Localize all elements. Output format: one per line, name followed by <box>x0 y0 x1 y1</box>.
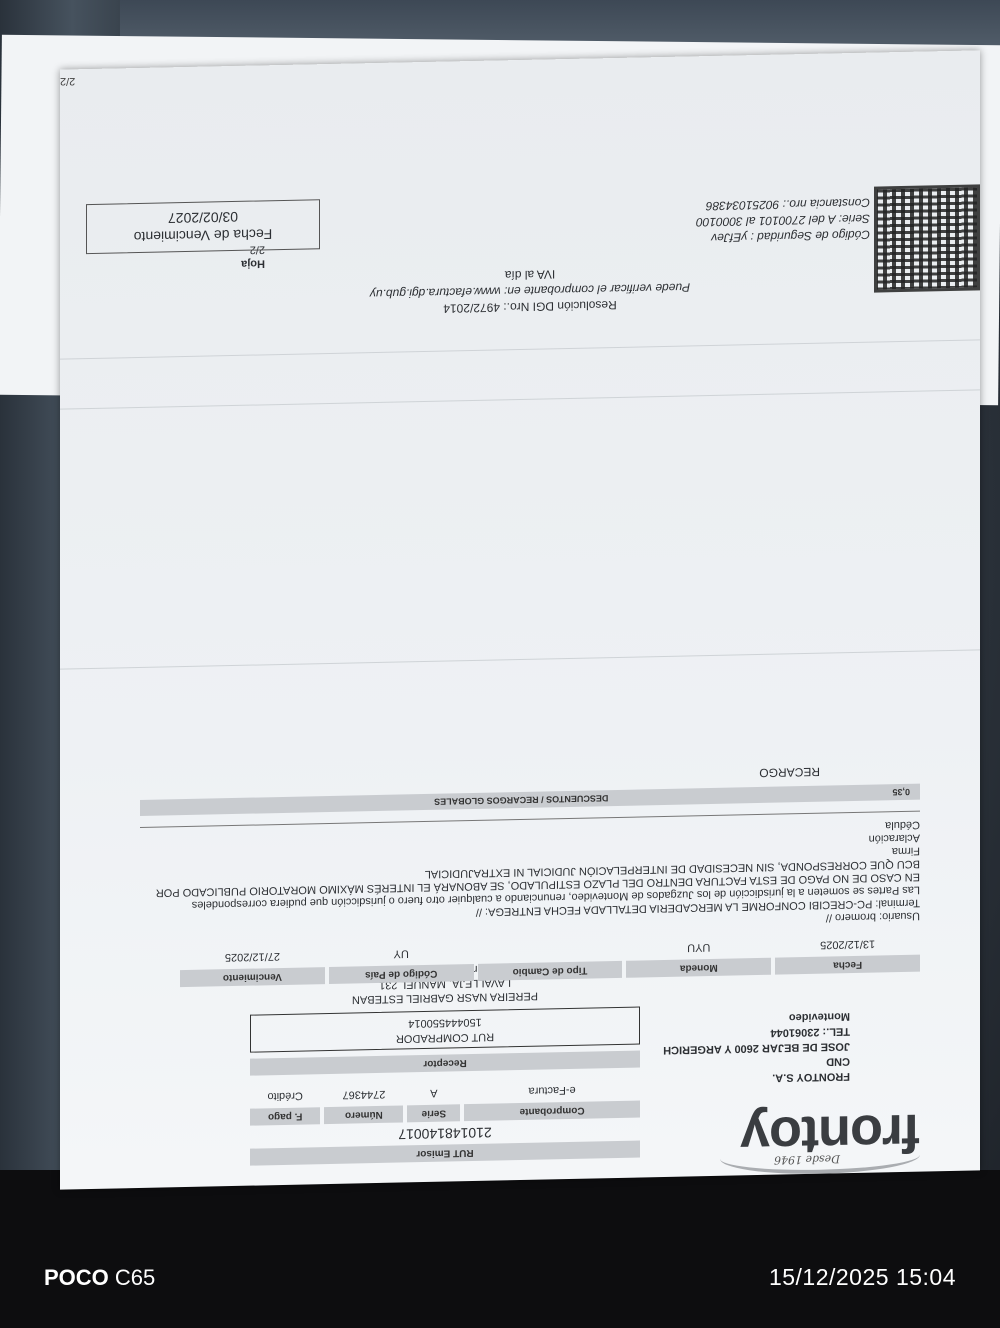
descuentos-amount: 0,35 <box>892 787 910 797</box>
emisor-block: FRONTOY S.A. CND JOSE DE BEJAR 2600 Y AR… <box>650 1008 850 1087</box>
background-dark <box>0 1170 1000 1328</box>
value-numero: 2744367 <box>324 1085 403 1103</box>
constancia-block: Código de Seguridad : yEfJev Serie: A de… <box>520 195 870 250</box>
header-tipo-cambio: Tipo de Cambio <box>478 961 623 981</box>
value-comprobante: e-Factura <box>464 1080 640 1100</box>
value-vencimiento: 27/12/2025 <box>180 947 325 966</box>
recargo-label: RECARGO <box>759 765 820 780</box>
descuentos-label: DESCUENTOS / RECARGOS GLOBALES <box>434 793 608 807</box>
header-vencimiento: Vencimiento <box>180 967 325 987</box>
camera-watermark-datetime: 15/12/2025 15:04 <box>769 1264 956 1291</box>
qr-code-icon <box>874 184 980 292</box>
value-moneda: UYU <box>626 938 771 957</box>
value-fecha: 13/12/2025 <box>775 935 920 954</box>
header-codigo-pais: Código de País <box>329 964 474 984</box>
value-serie: A <box>407 1084 460 1101</box>
value-tipo-cambio <box>478 941 623 960</box>
fold-line <box>60 649 980 669</box>
invoice-document: frontoy Desde 1946 RUT Emisor 2101481400… <box>60 50 980 1189</box>
receptor-label: Receptor <box>250 1050 640 1075</box>
divider <box>60 339 980 359</box>
vencimiento-box: Fecha de Vencimiento 03/02/2027 <box>86 199 320 254</box>
details-table: Fecha Moneda Tipo de Cambio Código de Pa… <box>180 935 920 988</box>
dgi-footer: Resolución DGI Nro.: 4972/2014 Puede ver… <box>330 263 730 319</box>
invoice-paper: frontoy Desde 1946 RUT Emisor 2101481400… <box>60 50 980 1189</box>
header-serie: Serie <box>407 1104 460 1122</box>
hoja-label: Hoja <box>215 256 265 271</box>
camera-model: C65 <box>115 1265 155 1290</box>
camera-brand: POCO <box>44 1265 109 1290</box>
header-forma-pago: F. pago <box>250 1107 320 1125</box>
rut-emisor-block: RUT Emisor 210148140017 <box>250 1118 640 1165</box>
fold-line <box>60 389 980 409</box>
rut-comprador-box: RUT COMPRADOR 150444550014 <box>250 1006 640 1052</box>
header-numero: Número <box>324 1105 403 1124</box>
value-forma-pago: Crédito <box>250 1087 320 1104</box>
handwritten-page-mark: 2/2 <box>60 75 75 87</box>
header-moneda: Moneda <box>626 958 771 978</box>
logo-tagline: Desde 1946 <box>774 1152 840 1166</box>
header-fecha: Fecha <box>775 955 920 975</box>
legal-text: Usuario: bromero // Terminal: PC-CRECIBI… <box>140 818 920 938</box>
value-codigo-pais: UY <box>329 944 474 963</box>
camera-watermark-brand: POCO C65 <box>44 1265 155 1291</box>
